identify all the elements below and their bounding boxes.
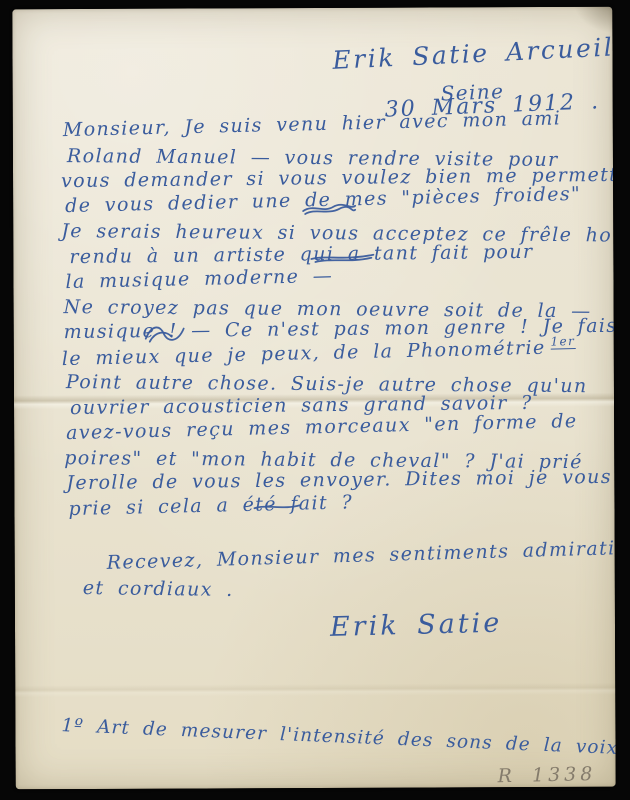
- letter-line: prie si cela a été fait ?: [68, 491, 353, 520]
- letter-line: rendu à un artiste qui a tant fait pour: [69, 241, 533, 268]
- ink-flourish-mark: [142, 323, 188, 345]
- letter-body: Monsieur, Je suis venu hier avec mon ami…: [12, 7, 615, 790]
- catalog-number: R 1338: [497, 763, 596, 787]
- signature: Erik Satie: [330, 608, 503, 643]
- footnote-marker: 1er: [550, 334, 575, 350]
- strikethrough-mark: [301, 201, 357, 217]
- letter-line: Jerolle de vous les envoyer. Dites moi j…: [66, 466, 612, 494]
- letter-paper: Erik Satie Arcueil Seine 30 Mars 1912 . …: [12, 7, 615, 790]
- closing-line: et cordiaux .: [83, 577, 234, 601]
- letter-line: Monsieur, Je suis venu hier avec mon ami: [63, 107, 562, 141]
- strikethrough-mark: [252, 502, 302, 512]
- strikethrough-mark: [309, 251, 375, 265]
- scanned-letter-photo: Erik Satie Arcueil Seine 30 Mars 1912 . …: [0, 0, 630, 800]
- letter-line: la musique moderne —: [65, 265, 333, 293]
